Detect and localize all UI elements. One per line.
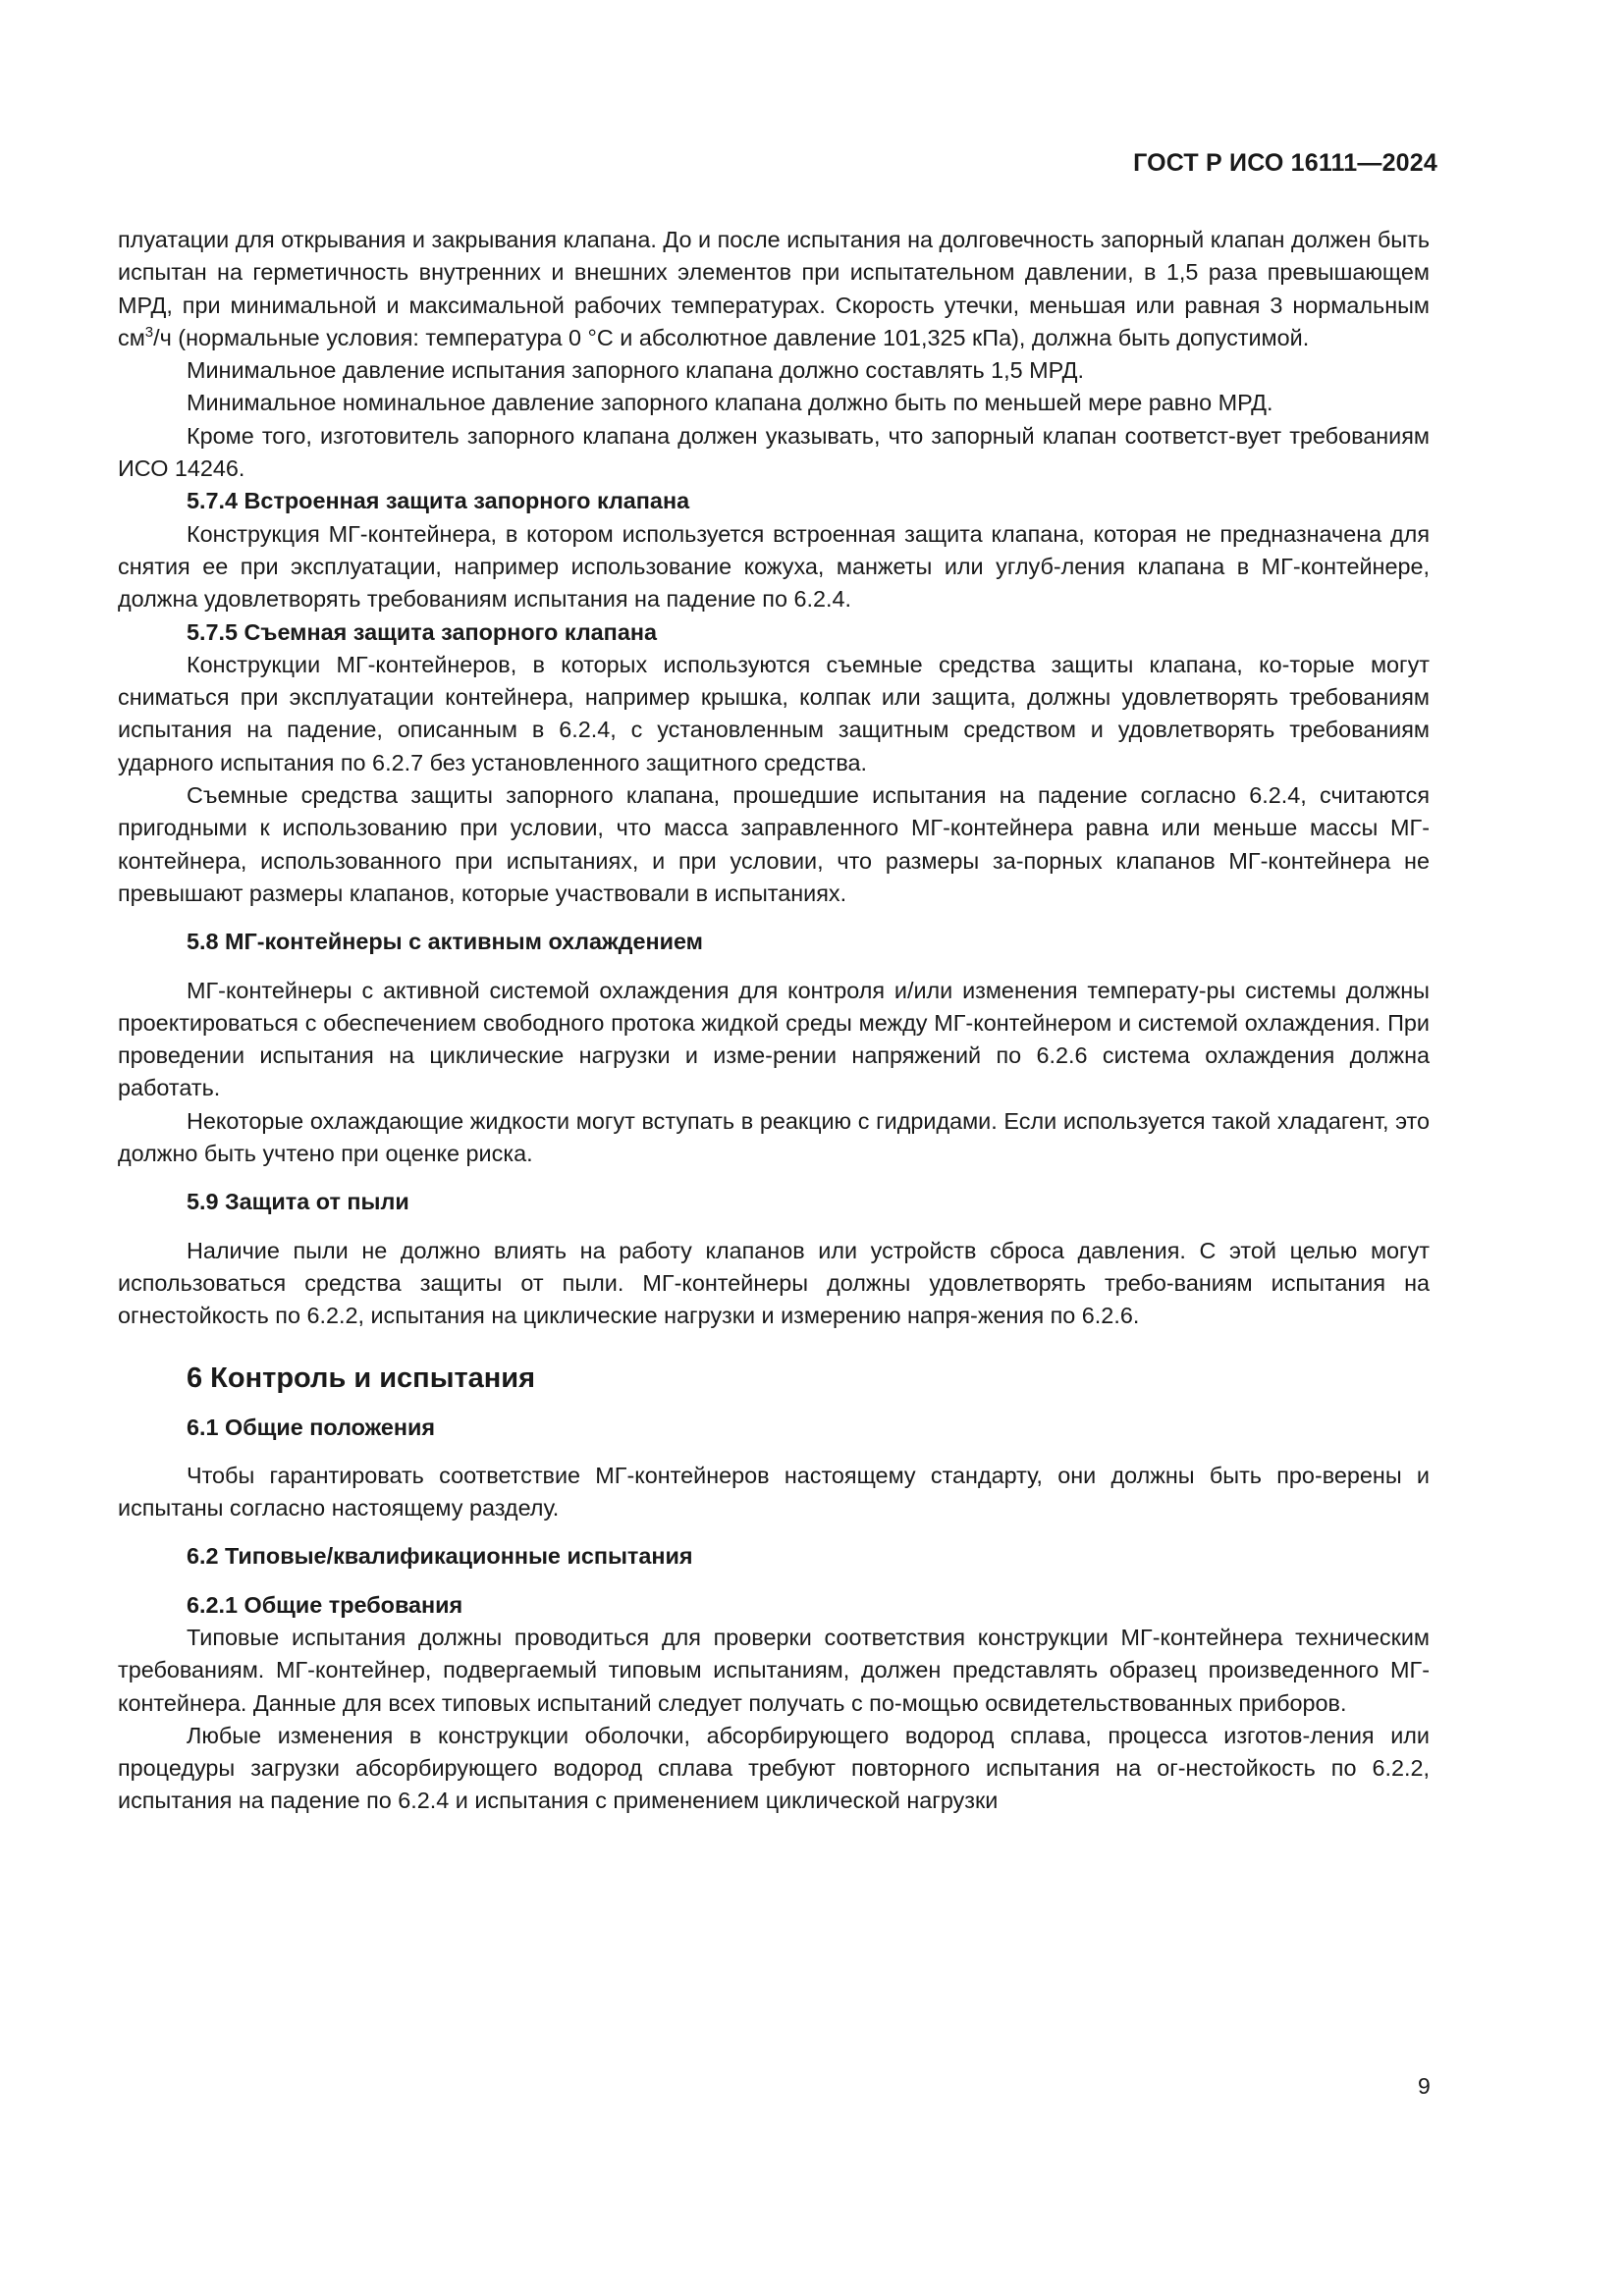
paragraph-min-nominal-pressure: Минимальное номинальное давление запорно… [118,387,1430,419]
heading-5-7-5: 5.7.5 Съемная защита запорного клапана [118,616,1430,649]
document-body: плуатации для открывания и закрывания кл… [118,224,1430,1818]
heading-6-1: 6.1 Общие положения [118,1412,1430,1444]
paragraph-5-7-5-b: Съемные средства защиты запорного клапан… [118,779,1430,910]
heading-5-7-4: 5.7.4 Встроенная защита запорного клапан… [118,485,1430,517]
document-header-standard-id: ГОСТ Р ИСО 16111—2024 [1133,149,1437,178]
paragraph-6-2-1-a: Типовые испытания должны проводиться для… [118,1622,1430,1720]
paragraph-5-8-a: МГ-контейнеры с активной системой охлажд… [118,975,1430,1105]
heading-6-2: 6.2 Типовые/квалификационные испытания [118,1540,1430,1573]
heading-6: 6 Контроль и испытания [118,1361,1430,1396]
heading-5-8: 5.8 МГ-контейнеры с активным охлаждением [118,926,1430,958]
paragraph-text: /ч (нормальные условия: температура 0 °C… [153,325,1309,350]
heading-5-9: 5.9 Защита от пыли [118,1186,1430,1218]
paragraph-iso-14246: Кроме того, изготовитель запорного клапа… [118,420,1430,486]
paragraph-min-test-pressure: Минимальное давление испытания запорного… [118,354,1430,387]
paragraph-5-7-4: Конструкция МГ-контейнера, в котором исп… [118,518,1430,616]
page-number: 9 [1418,2073,1431,2100]
heading-6-2-1: 6.2.1 Общие требования [118,1589,1430,1622]
paragraph-6-1: Чтобы гарантировать соответствие МГ-конт… [118,1460,1430,1525]
superscript: 3 [145,324,153,341]
paragraph-5-7-5-a: Конструкции МГ-контейнеров, в которых ис… [118,649,1430,779]
paragraph-5-9: Наличие пыли не должно влиять на работу … [118,1235,1430,1333]
paragraph-5-8-b: Некоторые охлаждающие жидкости могут вст… [118,1105,1430,1171]
paragraph-continued: плуатации для открывания и закрывания кл… [118,224,1430,354]
paragraph-6-2-1-b: Любые изменения в конструкции оболочки, … [118,1720,1430,1818]
